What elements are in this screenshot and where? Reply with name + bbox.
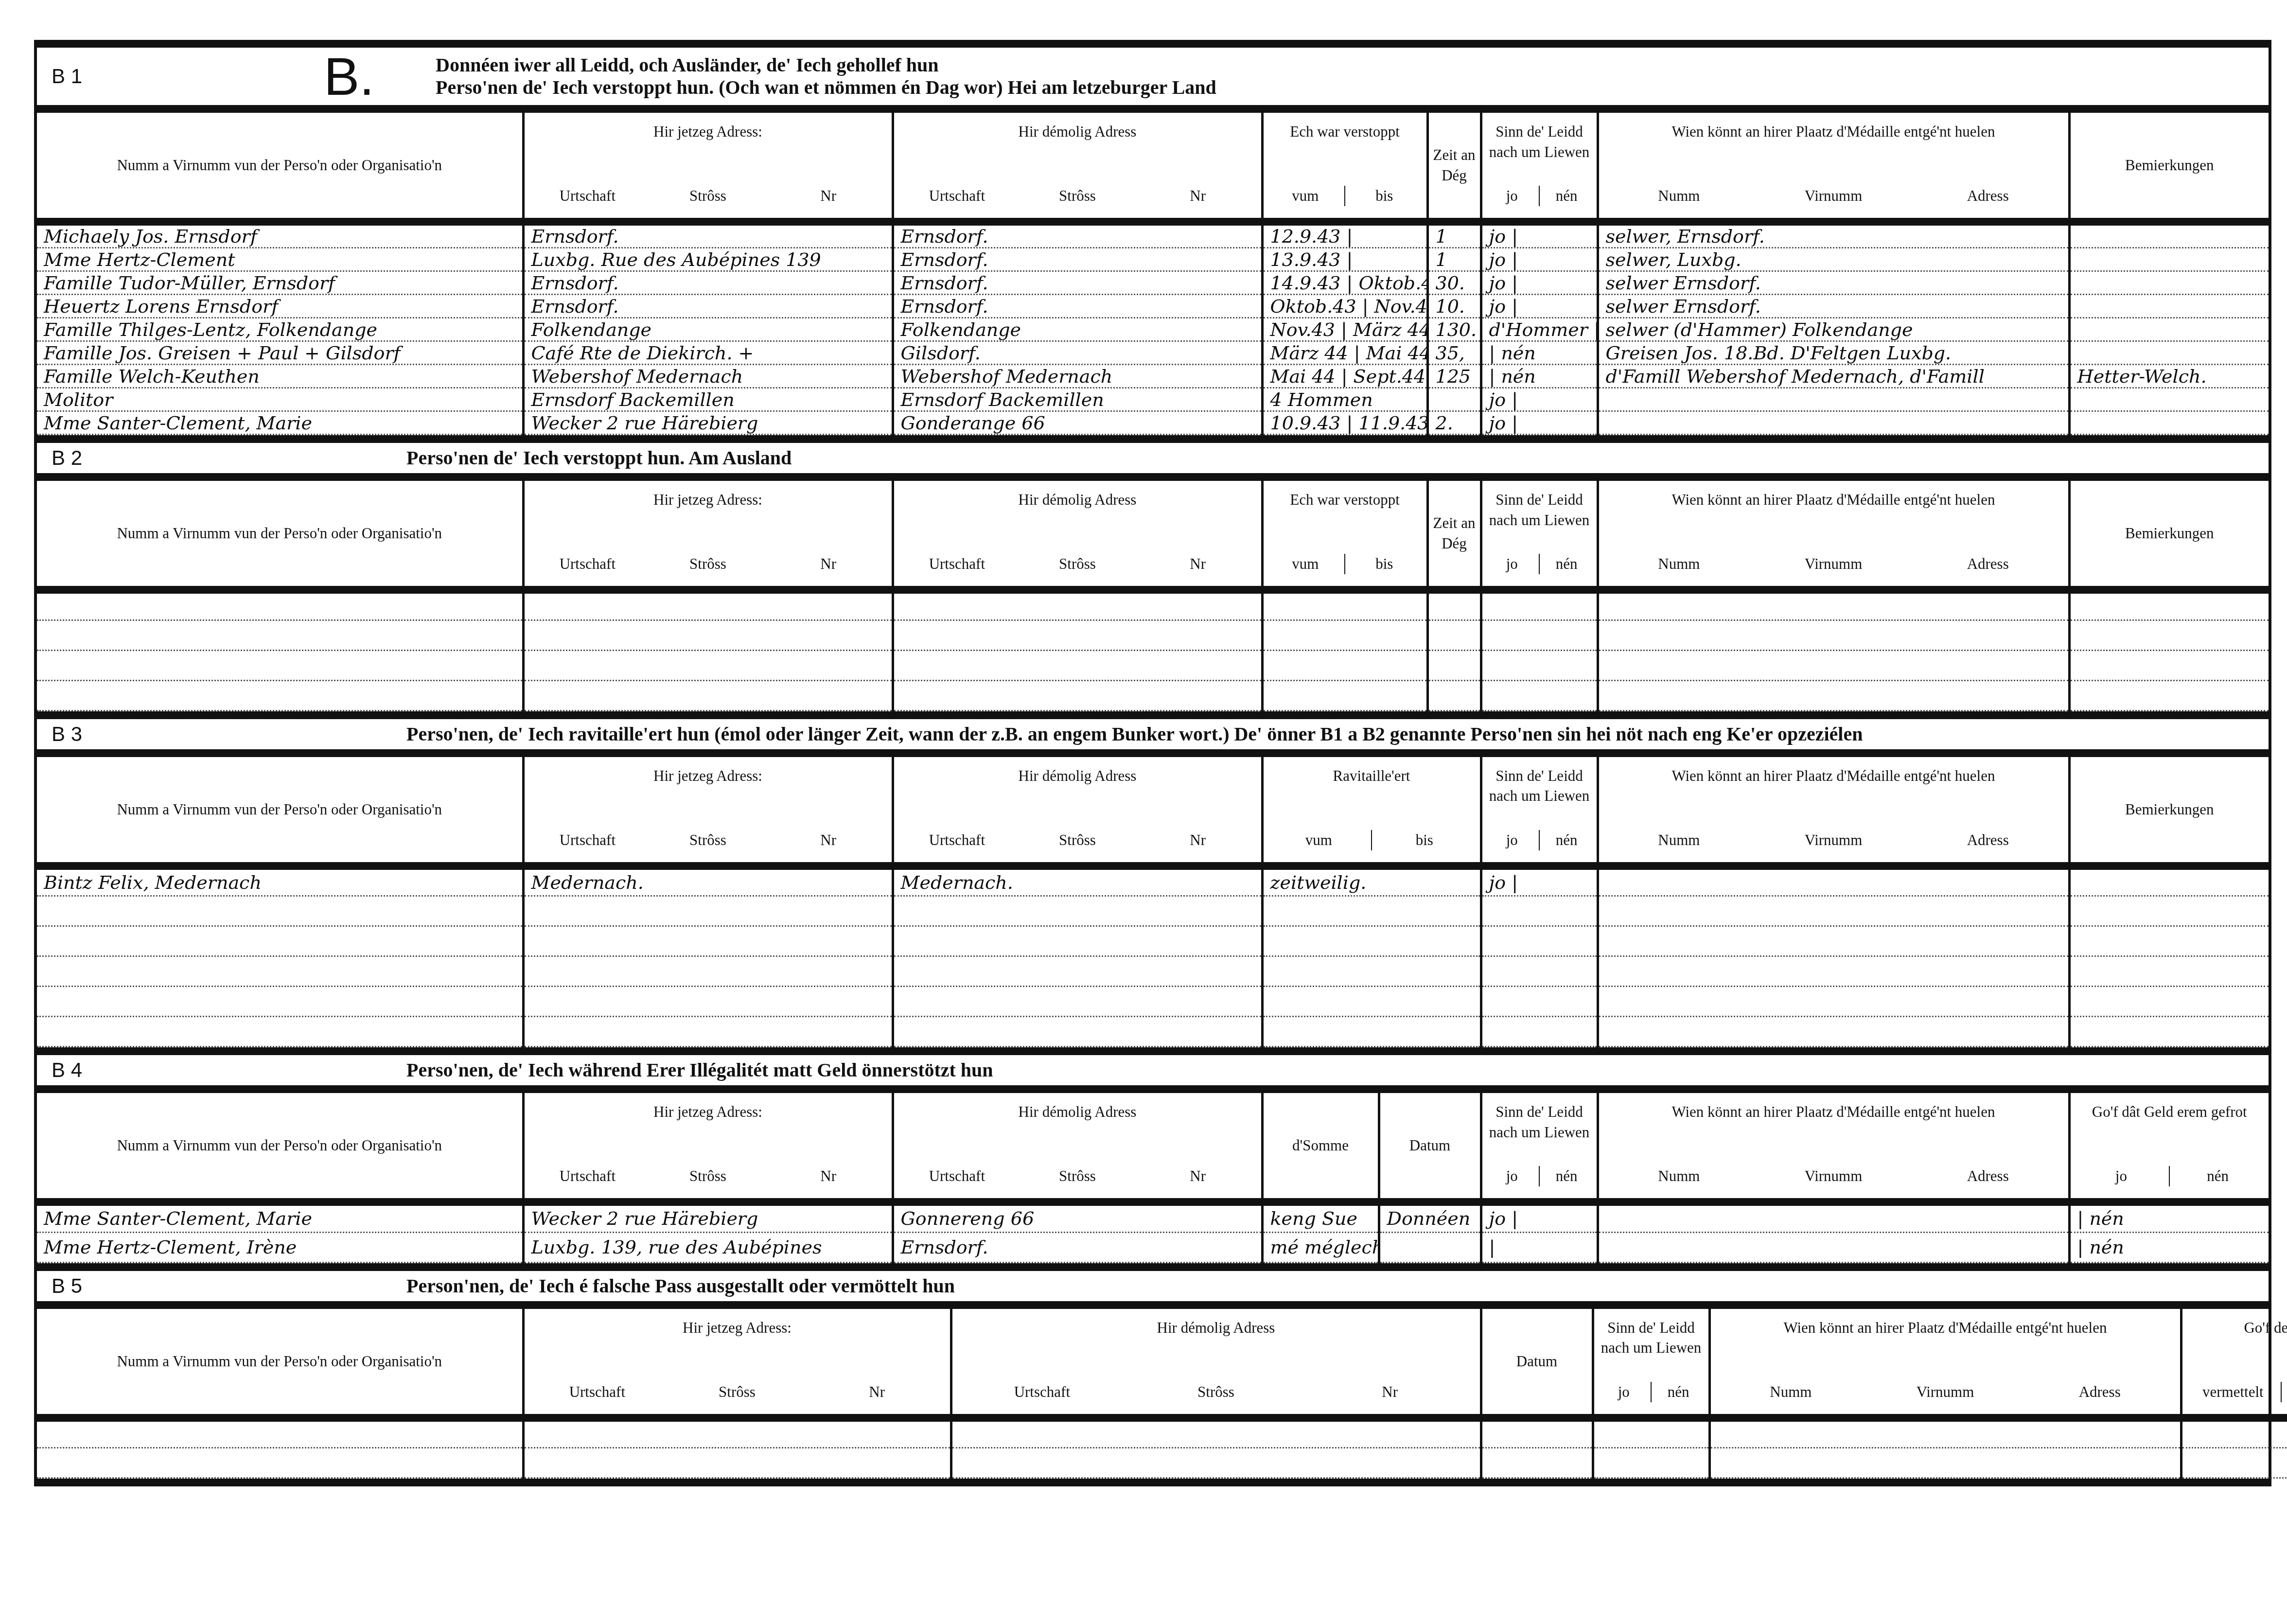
table-cell[interactable]: [2069, 318, 2269, 341]
column-header: Go'f de Passvermetteltverschâft: [2181, 1309, 2287, 1418]
table-cell[interactable]: [1593, 1418, 1709, 1448]
section-b2: B 2Perso'nen de' Iech verstoppt hun. Am …: [37, 435, 2269, 711]
column-header-label: Hir démolig Adress: [955, 1309, 1477, 1338]
table-cell[interactable]: Oktob.43 | Nov.43: [1262, 295, 1427, 318]
table-row: [37, 620, 2269, 650]
table-cell[interactable]: [2069, 222, 2269, 248]
column-header-label: Bemierkungen: [2074, 799, 2266, 820]
table-cell[interactable]: [2069, 388, 2269, 411]
column-header: Hir démolig AdressUrtschaftStrôssNr: [893, 481, 1262, 590]
table-cell[interactable]: [893, 1017, 1262, 1047]
column-header-label: Wien könnt an hirer Plaatz d'Médaille en…: [1602, 757, 2065, 786]
table-cell[interactable]: [37, 650, 523, 680]
table-cell[interactable]: | nén: [1481, 365, 1598, 388]
table-cell[interactable]: [1481, 680, 1598, 710]
table-cell[interactable]: zeitweilig.: [1262, 866, 1481, 896]
table-cell[interactable]: [2069, 866, 2269, 896]
table-cell[interactable]: [1598, 411, 2069, 435]
table-cell[interactable]: jo |: [1481, 248, 1598, 271]
column-header: Sinn de' Leidd nach um Liewenjonén: [1481, 481, 1598, 590]
table-cell[interactable]: [1598, 956, 2069, 987]
table-cell[interactable]: [1262, 987, 1481, 1017]
table-cell[interactable]: [1262, 650, 1427, 680]
column-header-label: Wien könnt an hirer Plaatz d'Médaille en…: [1602, 1093, 2065, 1122]
column-subheader: vermettelt: [2185, 1382, 2281, 1402]
bottom-rule: [37, 1479, 2269, 1486]
column-subheader: Virnumm: [1756, 830, 1911, 850]
table-row: Mme Hertz-Clement, IrèneLuxbg. 139, rue …: [37, 1232, 2269, 1262]
column-header: Wien könnt an hirer Plaatz d'Médaille en…: [1709, 1309, 2181, 1418]
table-cell[interactable]: 130.: [1427, 318, 1481, 341]
table-cell[interactable]: [1262, 590, 1427, 620]
column-subheader: Nr: [1138, 554, 1258, 574]
table-cell[interactable]: Famille Jos. Greisen + Paul + Gilsdorf: [37, 341, 523, 365]
column-subheader: jo: [1485, 554, 1539, 574]
column-header: Hir jetzeg Adress:UrtschaftStrôssNr: [523, 113, 893, 222]
table-cell[interactable]: Molitor: [37, 388, 523, 411]
table-cell[interactable]: [1598, 620, 2069, 650]
column-subheader: vum: [1267, 830, 1372, 850]
table-cell[interactable]: [2069, 271, 2269, 295]
table-cell[interactable]: [1598, 1232, 2069, 1262]
column-subheader: Urtschaft: [528, 554, 648, 574]
table-cell[interactable]: Wecker 2 rue Härebierg: [523, 411, 893, 435]
table-cell[interactable]: Gonnereng 66: [893, 1202, 1262, 1232]
table-cell[interactable]: [893, 926, 1262, 956]
table-cell[interactable]: [2069, 590, 2269, 620]
column-header: Hir jetzeg Adress:UrtschaftStrôssNr: [523, 757, 893, 866]
table-cell[interactable]: 125: [1427, 365, 1481, 388]
column-subheader: Strôss: [1129, 1382, 1303, 1402]
column-subheader: Urtschaft: [528, 830, 648, 850]
table-cell[interactable]: [523, 987, 893, 1017]
column-header-label: Bemierkungen: [2074, 155, 2266, 176]
table-cell[interactable]: [1593, 1448, 1709, 1478]
table-cell[interactable]: d'Hommer | nén: [1481, 318, 1598, 341]
column-header: Ravitaille'ertvumbis: [1262, 757, 1481, 866]
section-table: Numm a Virnumm vun der Perso'n oder Orga…: [37, 481, 2269, 711]
column-header: Numm a Virnumm vun der Perso'n oder Orga…: [37, 481, 523, 590]
table-cell[interactable]: Ernsdorf Backemillen: [893, 388, 1262, 411]
column-subheader: Urtschaft: [897, 830, 1018, 850]
table-cell[interactable]: Famille Tudor-Müller, Ernsdorf: [37, 271, 523, 295]
column-subheader: Adress: [1911, 554, 2065, 574]
table-cell[interactable]: [1598, 680, 2069, 710]
table-cell[interactable]: mé méglech.: [1262, 1232, 1379, 1262]
column-subheader: Numm: [1602, 1166, 1757, 1186]
table-cell[interactable]: [1427, 620, 1481, 650]
table-cell[interactable]: Webershof Medernach: [523, 365, 893, 388]
table-cell[interactable]: 1: [1427, 222, 1481, 248]
table-cell[interactable]: [893, 956, 1262, 987]
table-cell[interactable]: Mai 44 | Sept.44: [1262, 365, 1427, 388]
table-cell[interactable]: Folkendange: [893, 318, 1262, 341]
table-cell[interactable]: Luxbg. Rue des Aubépines 139: [523, 248, 893, 271]
table-cell[interactable]: [1481, 620, 1598, 650]
column-subheader: Strôss: [648, 554, 768, 574]
table-row: Famille Welch-KeuthenWebershof Medernach…: [37, 365, 2269, 388]
table-cell[interactable]: [2069, 987, 2269, 1017]
table-cell[interactable]: [1481, 926, 1598, 956]
column-header: Wien könnt an hirer Plaatz d'Médaille en…: [1598, 481, 2069, 590]
table-cell[interactable]: Donnéen: [1379, 1202, 1481, 1232]
table-cell[interactable]: 2.: [1427, 411, 1481, 435]
table-cell[interactable]: Folkendange: [523, 318, 893, 341]
table-cell[interactable]: [1598, 1017, 2069, 1047]
table-cell[interactable]: selwer (d'Hammer) Folkendange: [1598, 318, 2069, 341]
table-cell[interactable]: Bintz Felix, Medernach: [37, 866, 523, 896]
table-cell[interactable]: [1427, 650, 1481, 680]
table-cell[interactable]: [1598, 926, 2069, 956]
column-header: Bemierkungen: [2069, 757, 2269, 866]
table-cell[interactable]: Famille Thilges-Lentz, Folkendange: [37, 318, 523, 341]
column-header: Sinn de' Leidd nach um Liewenjonén: [1481, 1093, 1598, 1202]
section-heading-line: Person'nen, de' Iech é falsche Pass ausg…: [406, 1275, 955, 1297]
table-cell[interactable]: [1427, 388, 1481, 411]
section-heading: Perso'nen, de' Iech während Erer Illégal…: [406, 1059, 993, 1081]
column-header-label: Sinn de' Leidd nach um Liewen: [1597, 1309, 1706, 1359]
column-subheader: Adress: [1911, 830, 2065, 850]
table-cell[interactable]: Mme Hertz-Clement: [37, 248, 523, 271]
table-cell[interactable]: Luxbg. 139, rue des Aubépines: [523, 1232, 893, 1262]
column-subheader: Nr: [768, 830, 889, 850]
table-cell[interactable]: [1262, 680, 1427, 710]
column-header-label: Wien könnt an hirer Plaatz d'Médaille en…: [1602, 481, 2065, 510]
table-cell[interactable]: [1481, 987, 1598, 1017]
section-heading-line: Donnéen iwer all Leidd, och Ausländer, d…: [436, 54, 1216, 76]
column-header: Hir jetzeg Adress:UrtschaftStrôssNr: [523, 481, 893, 590]
table-cell[interactable]: selwer Ernsdorf.: [1598, 295, 2069, 318]
table-cell[interactable]: [893, 680, 1262, 710]
table-cell[interactable]: [951, 1418, 1481, 1448]
table-cell[interactable]: [523, 896, 893, 926]
table-cell[interactable]: jo |: [1481, 411, 1598, 435]
column-subheader: Virnumm: [1756, 554, 1911, 574]
column-header-label: Sinn de' Leidd nach um Liewen: [1485, 481, 1594, 530]
table-cell[interactable]: [2069, 295, 2269, 318]
table-cell[interactable]: [1427, 590, 1481, 620]
table-cell[interactable]: 1: [1427, 248, 1481, 271]
column-header: Go'f dât Geld erem gefrotjonén: [2069, 1093, 2269, 1202]
column-header-label: Wien könnt an hirer Plaatz d'Médaille en…: [1714, 1309, 2177, 1338]
table-cell[interactable]: [2181, 1418, 2287, 1448]
table-row: [37, 956, 2269, 987]
column-subheader: nén: [2169, 1166, 2266, 1186]
table-cell[interactable]: [951, 1448, 1481, 1478]
table-cell[interactable]: [37, 1418, 523, 1448]
section-table: Numm a Virnumm vun der Perso'n oder Orga…: [37, 1093, 2269, 1263]
table-cell[interactable]: Ernsdorf.: [523, 222, 893, 248]
column-header: Numm a Virnumm vun der Perso'n oder Orga…: [37, 1309, 523, 1418]
table-row: Mme Santer-Clement, MarieWecker 2 rue Hä…: [37, 1202, 2269, 1232]
column-subheader: Nr: [768, 186, 889, 206]
column-header: Datum: [1379, 1093, 1481, 1202]
table-cell[interactable]: 10.: [1427, 295, 1481, 318]
table-cell[interactable]: Gonderange 66: [893, 411, 1262, 435]
table-cell[interactable]: Nov.43 | März 44: [1262, 318, 1427, 341]
column-subheader: Nr: [1138, 186, 1258, 206]
column-subheader: nén: [1539, 186, 1594, 206]
table-cell[interactable]: [1481, 896, 1598, 926]
table-cell[interactable]: jo |: [1481, 388, 1598, 411]
table-cell[interactable]: [523, 680, 893, 710]
column-subheader: Numm: [1602, 186, 1757, 206]
table-cell[interactable]: jo |: [1481, 295, 1598, 318]
column-subheader: bis: [1344, 186, 1424, 206]
column-subheader: Strôss: [648, 830, 768, 850]
table-cell[interactable]: [893, 987, 1262, 1017]
section-table: Numm a Virnumm vun der Perso'n oder Orga…: [37, 1309, 2287, 1479]
table-cell[interactable]: März 44 | Mai 44: [1262, 341, 1427, 365]
table-cell[interactable]: Medernach.: [523, 866, 893, 896]
column-subheader: verschâft: [2281, 1382, 2287, 1402]
table-cell[interactable]: [37, 956, 523, 987]
table-cell[interactable]: [37, 926, 523, 956]
column-header-label: Hir démolig Adress: [897, 113, 1258, 142]
column-subheader: Numm: [1714, 1382, 1868, 1402]
table-cell[interactable]: Ernsdorf.: [893, 248, 1262, 271]
table-cell[interactable]: [1709, 1418, 2181, 1448]
column-subheader: bis: [1371, 830, 1477, 850]
table-cell[interactable]: Ernsdorf.: [893, 271, 1262, 295]
table-cell[interactable]: [2069, 411, 2269, 435]
table-cell[interactable]: Greisen Jos. 18.Bd. D'Feltgen Luxbg.: [1598, 341, 2069, 365]
column-subheader: Nr: [1303, 1382, 1477, 1402]
table-cell[interactable]: Ernsdorf.: [523, 271, 893, 295]
column-header-label: Hir jetzeg Adress:: [528, 757, 889, 786]
column-header-label: Numm a Virnumm vun der Perso'n oder Orga…: [40, 1135, 519, 1156]
table-cell[interactable]: Ernsdorf Backemillen: [523, 388, 893, 411]
table-row: Famille Thilges-Lentz, FolkendangeFolken…: [37, 318, 2269, 341]
table-cell[interactable]: [893, 650, 1262, 680]
column-header: Zeit an Dég: [1427, 113, 1481, 222]
table-cell[interactable]: [37, 680, 523, 710]
table-cell[interactable]: [2069, 620, 2269, 650]
section-heading-line: Perso'nen, de' Iech während Erer Illégal…: [406, 1059, 993, 1081]
table-cell[interactable]: [2069, 896, 2269, 926]
column-header-label: Sinn de' Leidd nach um Liewen: [1485, 113, 1594, 162]
section-title-bar: B 5Person'nen, de' Iech é falsche Pass a…: [37, 1271, 2269, 1309]
table-cell[interactable]: [893, 590, 1262, 620]
column-header: Ech war verstopptvumbis: [1262, 481, 1427, 590]
table-cell[interactable]: [1481, 1017, 1598, 1047]
table-cell[interactable]: jo |: [1481, 222, 1598, 248]
table-cell[interactable]: 10.9.43 | 11.9.43: [1262, 411, 1427, 435]
table-cell[interactable]: Mme Santer-Clement, Marie: [37, 411, 523, 435]
table-cell[interactable]: [1481, 1448, 1593, 1478]
table-cell[interactable]: Ernsdorf.: [523, 295, 893, 318]
form-sheet: B 1B.Donnéen iwer all Leidd, och Ausländ…: [34, 40, 2271, 1486]
table-cell[interactable]: [1598, 650, 2069, 680]
part-letter: B.: [324, 46, 374, 107]
table-cell[interactable]: [523, 1017, 893, 1047]
column-header-label: Ech war verstoppt: [1267, 113, 1424, 142]
column-subheader: Urtschaft: [897, 186, 1018, 206]
column-subheader: jo: [1485, 1166, 1539, 1186]
table-row: [37, 650, 2269, 680]
column-subheader: Virnumm: [1868, 1382, 2023, 1402]
section-code: B 5: [52, 1274, 82, 1298]
table-row: Mme Santer-Clement, MarieWecker 2 rue Hä…: [37, 411, 2269, 435]
table-cell[interactable]: 14.9.43 | Oktob.43: [1262, 271, 1427, 295]
table-cell[interactable]: [523, 1448, 951, 1478]
section-b1: B 1B.Donnéen iwer all Leidd, och Ausländ…: [37, 40, 2269, 435]
table-cell[interactable]: [2069, 926, 2269, 956]
table-cell[interactable]: [523, 590, 893, 620]
table-cell[interactable]: [893, 896, 1262, 926]
column-header: Hir jetzeg Adress:UrtschaftStrôssNr: [523, 1093, 893, 1202]
table-cell[interactable]: [37, 1017, 523, 1047]
table-cell[interactable]: Wecker 2 rue Härebierg: [523, 1202, 893, 1232]
table-cell[interactable]: [1598, 388, 2069, 411]
table-cell[interactable]: [2069, 680, 2269, 710]
table-cell[interactable]: [37, 1448, 523, 1478]
table-cell[interactable]: [37, 987, 523, 1017]
section-heading-line: Perso'nen de' Iech verstoppt hun. Am Aus…: [406, 447, 792, 469]
table-cell[interactable]: selwer, Luxbg.: [1598, 248, 2069, 271]
column-header-label: d'Somme: [1267, 1135, 1375, 1156]
table-cell[interactable]: Ernsdorf.: [893, 295, 1262, 318]
section-heading-line: Perso'nen de' Iech verstoppt hun. (Och w…: [436, 76, 1216, 99]
table-cell[interactable]: [1709, 1448, 2181, 1478]
column-header: Sinn de' Leidd nach um Liewenjonén: [1481, 757, 1598, 866]
table-cell[interactable]: [523, 956, 893, 987]
column-header: Numm a Virnumm vun der Perso'n oder Orga…: [37, 113, 523, 222]
table-cell[interactable]: | nén: [1481, 341, 1598, 365]
table-cell[interactable]: [1262, 1017, 1481, 1047]
section-code: B 1: [52, 65, 82, 88]
column-header-label: Datum: [1383, 1135, 1477, 1156]
table-row: MolitorErnsdorf BackemillenErnsdorf Back…: [37, 388, 2269, 411]
section-table: Numm a Virnumm vun der Perso'n oder Orga…: [37, 113, 2269, 435]
table-cell[interactable]: Michaely Jos. Ernsdorf: [37, 222, 523, 248]
table-cell[interactable]: selwer, Ernsdorf.: [1598, 222, 2069, 248]
table-cell[interactable]: 13.9.43 |: [1262, 248, 1427, 271]
table-cell[interactable]: [1262, 956, 1481, 987]
column-header-label: Go'f de Pass: [2185, 1309, 2287, 1338]
table-cell[interactable]: [523, 650, 893, 680]
table-cell[interactable]: | nén: [2069, 1202, 2269, 1232]
table-cell[interactable]: [1598, 866, 2069, 896]
table-cell[interactable]: [2181, 1448, 2287, 1478]
table-cell[interactable]: 4 Hommen: [1262, 388, 1427, 411]
table-cell[interactable]: Heuertz Lorens Ernsdorf: [37, 295, 523, 318]
column-subheader: Strôss: [1017, 186, 1138, 206]
column-subheader: Adress: [1911, 186, 2065, 206]
table-cell[interactable]: Medernach.: [893, 866, 1262, 896]
table-cell[interactable]: jo |: [1481, 271, 1598, 295]
column-header-label: Hir jetzeg Adress:: [528, 1093, 889, 1122]
table-cell[interactable]: [1262, 926, 1481, 956]
column-header-label: Hir démolig Adress: [897, 481, 1258, 510]
table-cell[interactable]: keng Sue: [1262, 1202, 1379, 1232]
column-header: Bemierkungen: [2069, 113, 2269, 222]
table-cell[interactable]: jo |: [1481, 1202, 1598, 1232]
column-header-label: Hir jetzeg Adress:: [528, 1309, 947, 1338]
column-subheader: Nr: [1138, 1166, 1258, 1186]
table-cell[interactable]: 30.: [1427, 271, 1481, 295]
table-cell[interactable]: [2069, 956, 2269, 987]
table-cell[interactable]: 35,: [1427, 341, 1481, 365]
table-row: Mme Hertz-ClementLuxbg. Rue des Aubépine…: [37, 248, 2269, 271]
section-b4: B 4Perso'nen, de' Iech während Erer Illé…: [37, 1047, 2269, 1263]
table-cell[interactable]: [1598, 590, 2069, 620]
table-cell[interactable]: Webershof Medernach: [893, 365, 1262, 388]
table-cell[interactable]: Café Rte de Diekirch. +: [523, 341, 893, 365]
table-cell[interactable]: [2069, 341, 2269, 365]
table-cell[interactable]: [893, 620, 1262, 650]
column-subheader: Strôss: [667, 1382, 807, 1402]
table-row: [37, 1448, 2287, 1478]
table-cell[interactable]: [523, 926, 893, 956]
table-cell[interactable]: [37, 620, 523, 650]
table-cell[interactable]: Famille Welch-Keuthen: [37, 365, 523, 388]
table-cell[interactable]: [1427, 680, 1481, 710]
table-cell[interactable]: [1262, 896, 1481, 926]
table-cell[interactable]: [1481, 1418, 1593, 1448]
table-cell[interactable]: [1598, 1202, 2069, 1232]
table-cell[interactable]: [2069, 248, 2269, 271]
column-header-label: Wien könnt an hirer Plaatz d'Médaille en…: [1602, 113, 2065, 142]
table-cell[interactable]: [1598, 987, 2069, 1017]
column-subheader: jo: [1485, 830, 1539, 850]
column-header: d'Somme: [1262, 1093, 1379, 1202]
table-cell[interactable]: [37, 590, 523, 620]
column-subheader: Virnumm: [1756, 186, 1911, 206]
table-cell[interactable]: |: [1481, 1232, 1598, 1262]
section-heading: Person'nen, de' Iech é falsche Pass ausg…: [406, 1275, 955, 1297]
table-cell[interactable]: [1481, 650, 1598, 680]
column-subheader: Urtschaft: [897, 1166, 1018, 1186]
table-cell[interactable]: [523, 620, 893, 650]
table-cell[interactable]: Ernsdorf.: [893, 222, 1262, 248]
column-header-label: Sinn de' Leidd nach um Liewen: [1485, 1093, 1594, 1143]
table-cell[interactable]: [1598, 896, 2069, 926]
table-cell[interactable]: Ernsdorf.: [893, 1232, 1262, 1262]
table-cell[interactable]: [523, 1418, 951, 1448]
table-cell[interactable]: Hetter-Welch.: [2069, 365, 2269, 388]
table-cell[interactable]: [1262, 620, 1427, 650]
table-cell[interactable]: | nén: [2069, 1232, 2269, 1262]
table-cell[interactable]: [1379, 1232, 1481, 1262]
column-subheader: Numm: [1602, 830, 1757, 850]
table-cell[interactable]: [2069, 650, 2269, 680]
table-cell[interactable]: Mme Santer-Clement, Marie: [37, 1202, 523, 1232]
column-subheader: Adress: [2023, 1382, 2177, 1402]
table-cell[interactable]: [37, 896, 523, 926]
table-cell[interactable]: [1481, 590, 1598, 620]
column-header-label: Numm a Virnumm vun der Perso'n oder Orga…: [40, 155, 519, 176]
table-cell[interactable]: Gilsdorf.: [893, 341, 1262, 365]
table-row: [37, 680, 2269, 710]
section-heading: Perso'nen de' Iech verstoppt hun. Am Aus…: [406, 447, 792, 469]
table-cell[interactable]: selwer Ernsdorf.: [1598, 271, 2069, 295]
column-header-label: Go'f dât Geld erem gefrot: [2074, 1093, 2266, 1122]
column-header-label: Zeit an Dég: [1432, 513, 1477, 554]
table-row: [37, 590, 2269, 620]
table-cell[interactable]: jo |: [1481, 866, 1598, 896]
column-subheader: jo: [1597, 1382, 1651, 1402]
column-header: Numm a Virnumm vun der Perso'n oder Orga…: [37, 757, 523, 866]
table-cell[interactable]: Mme Hertz-Clement, Irène: [37, 1232, 523, 1262]
table-cell[interactable]: d'Famill Webershof Medernach, d'Famill: [1598, 365, 2069, 388]
table-cell[interactable]: [2069, 1017, 2269, 1047]
table-cell[interactable]: [1481, 956, 1598, 987]
column-header-label: Bemierkungen: [2074, 523, 2266, 544]
column-header: Bemierkungen: [2069, 481, 2269, 590]
table-cell[interactable]: 12.9.43 |: [1262, 222, 1427, 248]
column-subheader: Nr: [768, 1166, 889, 1186]
